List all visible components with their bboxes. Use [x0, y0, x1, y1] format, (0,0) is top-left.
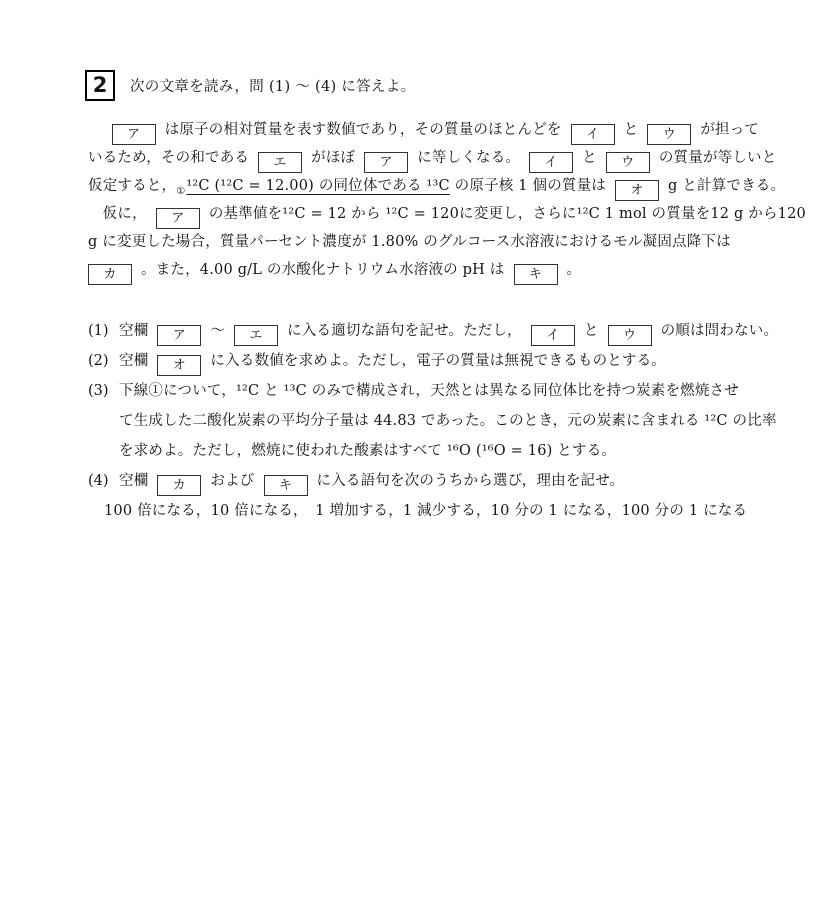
text-run: に入る数値を求めよ。ただし，電子の質量は無視できるものとする。 — [210, 353, 666, 369]
blank-box: オ — [615, 180, 659, 201]
blank-box: エ — [258, 152, 302, 173]
blank-box: エ — [234, 325, 278, 346]
question-1: (1) 空欄ア～エに入る適切な語句を記せ。ただし，イとウの順は問わない。 — [88, 316, 778, 346]
blank-box: イ — [531, 325, 575, 346]
text-run: g と計算できる。 — [668, 178, 785, 194]
blank-box: ウ — [647, 124, 691, 145]
blank-box: キ — [514, 264, 558, 285]
question-3-line-2: て生成した二酸化炭素の平均分子量は 44.83 であった。このとき，元の炭素に含… — [119, 406, 778, 436]
text-run: g に変更した場合，質量パーセント濃度が 1.80% のグルコース水溶液における… — [88, 234, 731, 250]
problem-statement: アは原子の相対質量を表す数値であり，その質量のほとんどをイとウが担って いるため… — [88, 116, 778, 284]
blank-box: ア — [112, 124, 156, 145]
exam-page: 2 次の文章を読み，問 (1) ～ (4) に答えよ。 アは原子の相対質量を表す… — [0, 0, 828, 920]
blank-box: ア — [156, 208, 200, 229]
question-3-line-3: を求めよ。ただし，燃焼に使われた酸素はすべて ¹⁶O (¹⁶O = 16) とす… — [119, 436, 778, 466]
statement-line-5: g に変更した場合，質量パーセント濃度が 1.80% のグルコース水溶液における… — [88, 228, 778, 256]
text-run: 下線①について，¹²C と ¹³C のみで構成され，天然とは異なる同位体比を持つ… — [119, 383, 739, 399]
question-list: (1) 空欄ア～エに入る適切な語句を記せ。ただし，イとウの順は問わない。 (2)… — [88, 316, 778, 526]
problem-title: 次の文章を読み，問 (1) ～ (4) に答えよ。 — [130, 75, 415, 96]
statement-line-3: 仮定すると，①¹²C (¹²C = 12.00) の同位体である ¹³C の原子… — [88, 172, 778, 200]
text-run: と — [584, 323, 599, 339]
text-run: 空欄 — [119, 323, 148, 339]
blank-box: カ — [88, 264, 132, 285]
text-run: ～ — [210, 323, 225, 339]
text-run: の基準値を¹²C = 12 から ¹²C = 120に変更し，さらに¹²C 1 … — [209, 206, 806, 222]
text-run: を求めよ。ただし，燃焼に使われた酸素はすべて ¹⁶O (¹⁶O = 16) とす… — [119, 443, 616, 459]
text-run: と — [624, 122, 639, 138]
blank-box: ウ — [606, 152, 650, 173]
text-run: の順は問わない。 — [661, 323, 779, 339]
text-run: 。 — [567, 262, 582, 278]
blank-box: ア — [364, 152, 408, 173]
text-run: に入る語句を次のうちから選び，理由を記せ。 — [317, 473, 625, 489]
text-run: がほぼ — [311, 150, 355, 166]
text-run: 。また，4.00 g/L の水酸化ナトリウム水溶液の pH は — [141, 262, 505, 278]
question-4-line-1: 空欄カおよびキに入る語句を次のうちから選び，理由を記せ。 — [119, 466, 778, 496]
question-4-number: (4) — [88, 466, 119, 496]
text-run: 仮に， — [88, 206, 147, 222]
blank-box: ア — [157, 325, 201, 346]
blank-box: カ — [157, 475, 201, 496]
blank-box: キ — [264, 475, 308, 496]
text-run: および — [210, 473, 254, 489]
question-4: (4) 空欄カおよびキに入る語句を次のうちから選び，理由を記せ。 100 倍にな… — [88, 466, 778, 526]
blank-box: イ — [529, 152, 573, 173]
question-3-number: (3) — [88, 376, 119, 406]
question-3: (3) 下線①について，¹²C と ¹³C のみで構成され，天然とは異なる同位体… — [88, 376, 778, 466]
text-run — [88, 122, 103, 138]
statement-line-2: いるため，その和であるエがほぼアに等しくなる。イとウの質量が等しいと — [88, 144, 778, 172]
question-3-line-1: 下線①について，¹²C と ¹³C のみで構成され，天然とは異なる同位体比を持つ… — [119, 376, 778, 406]
blank-box: オ — [157, 355, 201, 376]
statement-line-4: 仮に，アの基準値を¹²C = 12 から ¹²C = 120に変更し，さらに¹²… — [88, 200, 778, 228]
question-2-number: (2) — [88, 346, 119, 376]
text-run: に等しくなる。 — [417, 150, 520, 166]
text-run: 空欄 — [119, 473, 148, 489]
annotation-number: ① — [176, 186, 185, 197]
text-run: 空欄 — [119, 353, 148, 369]
underlined-text: ¹²C (¹²C = 12.00) の同位体である ¹³C — [186, 178, 449, 194]
text-run: と — [582, 150, 597, 166]
text-run: は原子の相対質量を表す数値であり，その質量のほとんどを — [165, 122, 562, 138]
question-1-number: (1) — [88, 316, 119, 346]
question-2-body: 空欄オに入る数値を求めよ。ただし，電子の質量は無視できるものとする。 — [119, 346, 778, 376]
statement-line-6: カ。また，4.00 g/L の水酸化ナトリウム水溶液の pH はキ。 — [88, 256, 778, 284]
problem-header: 2 次の文章を読み，問 (1) ～ (4) に答えよ。 — [85, 70, 778, 100]
text-run: に入る適切な語句を記せ。ただし， — [287, 323, 522, 339]
blank-box: イ — [571, 124, 615, 145]
blank-box: ウ — [608, 325, 652, 346]
problem-2: 2 次の文章を読み，問 (1) ～ (4) に答えよ。 アは原子の相対質量を表す… — [88, 70, 778, 526]
question-1-line-1: 空欄ア～エに入る適切な語句を記せ。ただし，イとウの順は問わない。 — [119, 316, 778, 346]
problem-number-box: 2 — [85, 70, 115, 101]
question-3-body: 下線①について，¹²C と ¹³C のみで構成され，天然とは異なる同位体比を持つ… — [119, 376, 778, 466]
question-4-choices: 100 倍になる，10 倍になる， 1 増加する，1 減少する，10 分の 1 … — [104, 496, 778, 526]
text-run: の質量が等しいと — [659, 150, 777, 166]
statement-line-1: アは原子の相対質量を表す数値であり，その質量のほとんどをイとウが担って — [88, 116, 778, 144]
question-1-body: 空欄ア～エに入る適切な語句を記せ。ただし，イとウの順は問わない。 — [119, 316, 778, 346]
text-run: 100 倍になる，10 倍になる， 1 増加する，1 減少する，10 分の 1 … — [104, 503, 747, 519]
problem-number: 2 — [93, 73, 108, 97]
text-run: て生成した二酸化炭素の平均分子量は 44.83 であった。このとき，元の炭素に含… — [119, 413, 777, 429]
text-run: いるため，その和である — [88, 150, 249, 166]
question-2-line-1: 空欄オに入る数値を求めよ。ただし，電子の質量は無視できるものとする。 — [119, 346, 778, 376]
text-run: の原子核 1 個の質量は — [450, 178, 606, 194]
text-run: が担って — [700, 122, 759, 138]
text-run: 仮定すると， — [88, 178, 176, 194]
question-4-body: 空欄カおよびキに入る語句を次のうちから選び，理由を記せ。 100 倍になる，10… — [119, 466, 778, 526]
question-2: (2) 空欄オに入る数値を求めよ。ただし，電子の質量は無視できるものとする。 — [88, 346, 778, 376]
